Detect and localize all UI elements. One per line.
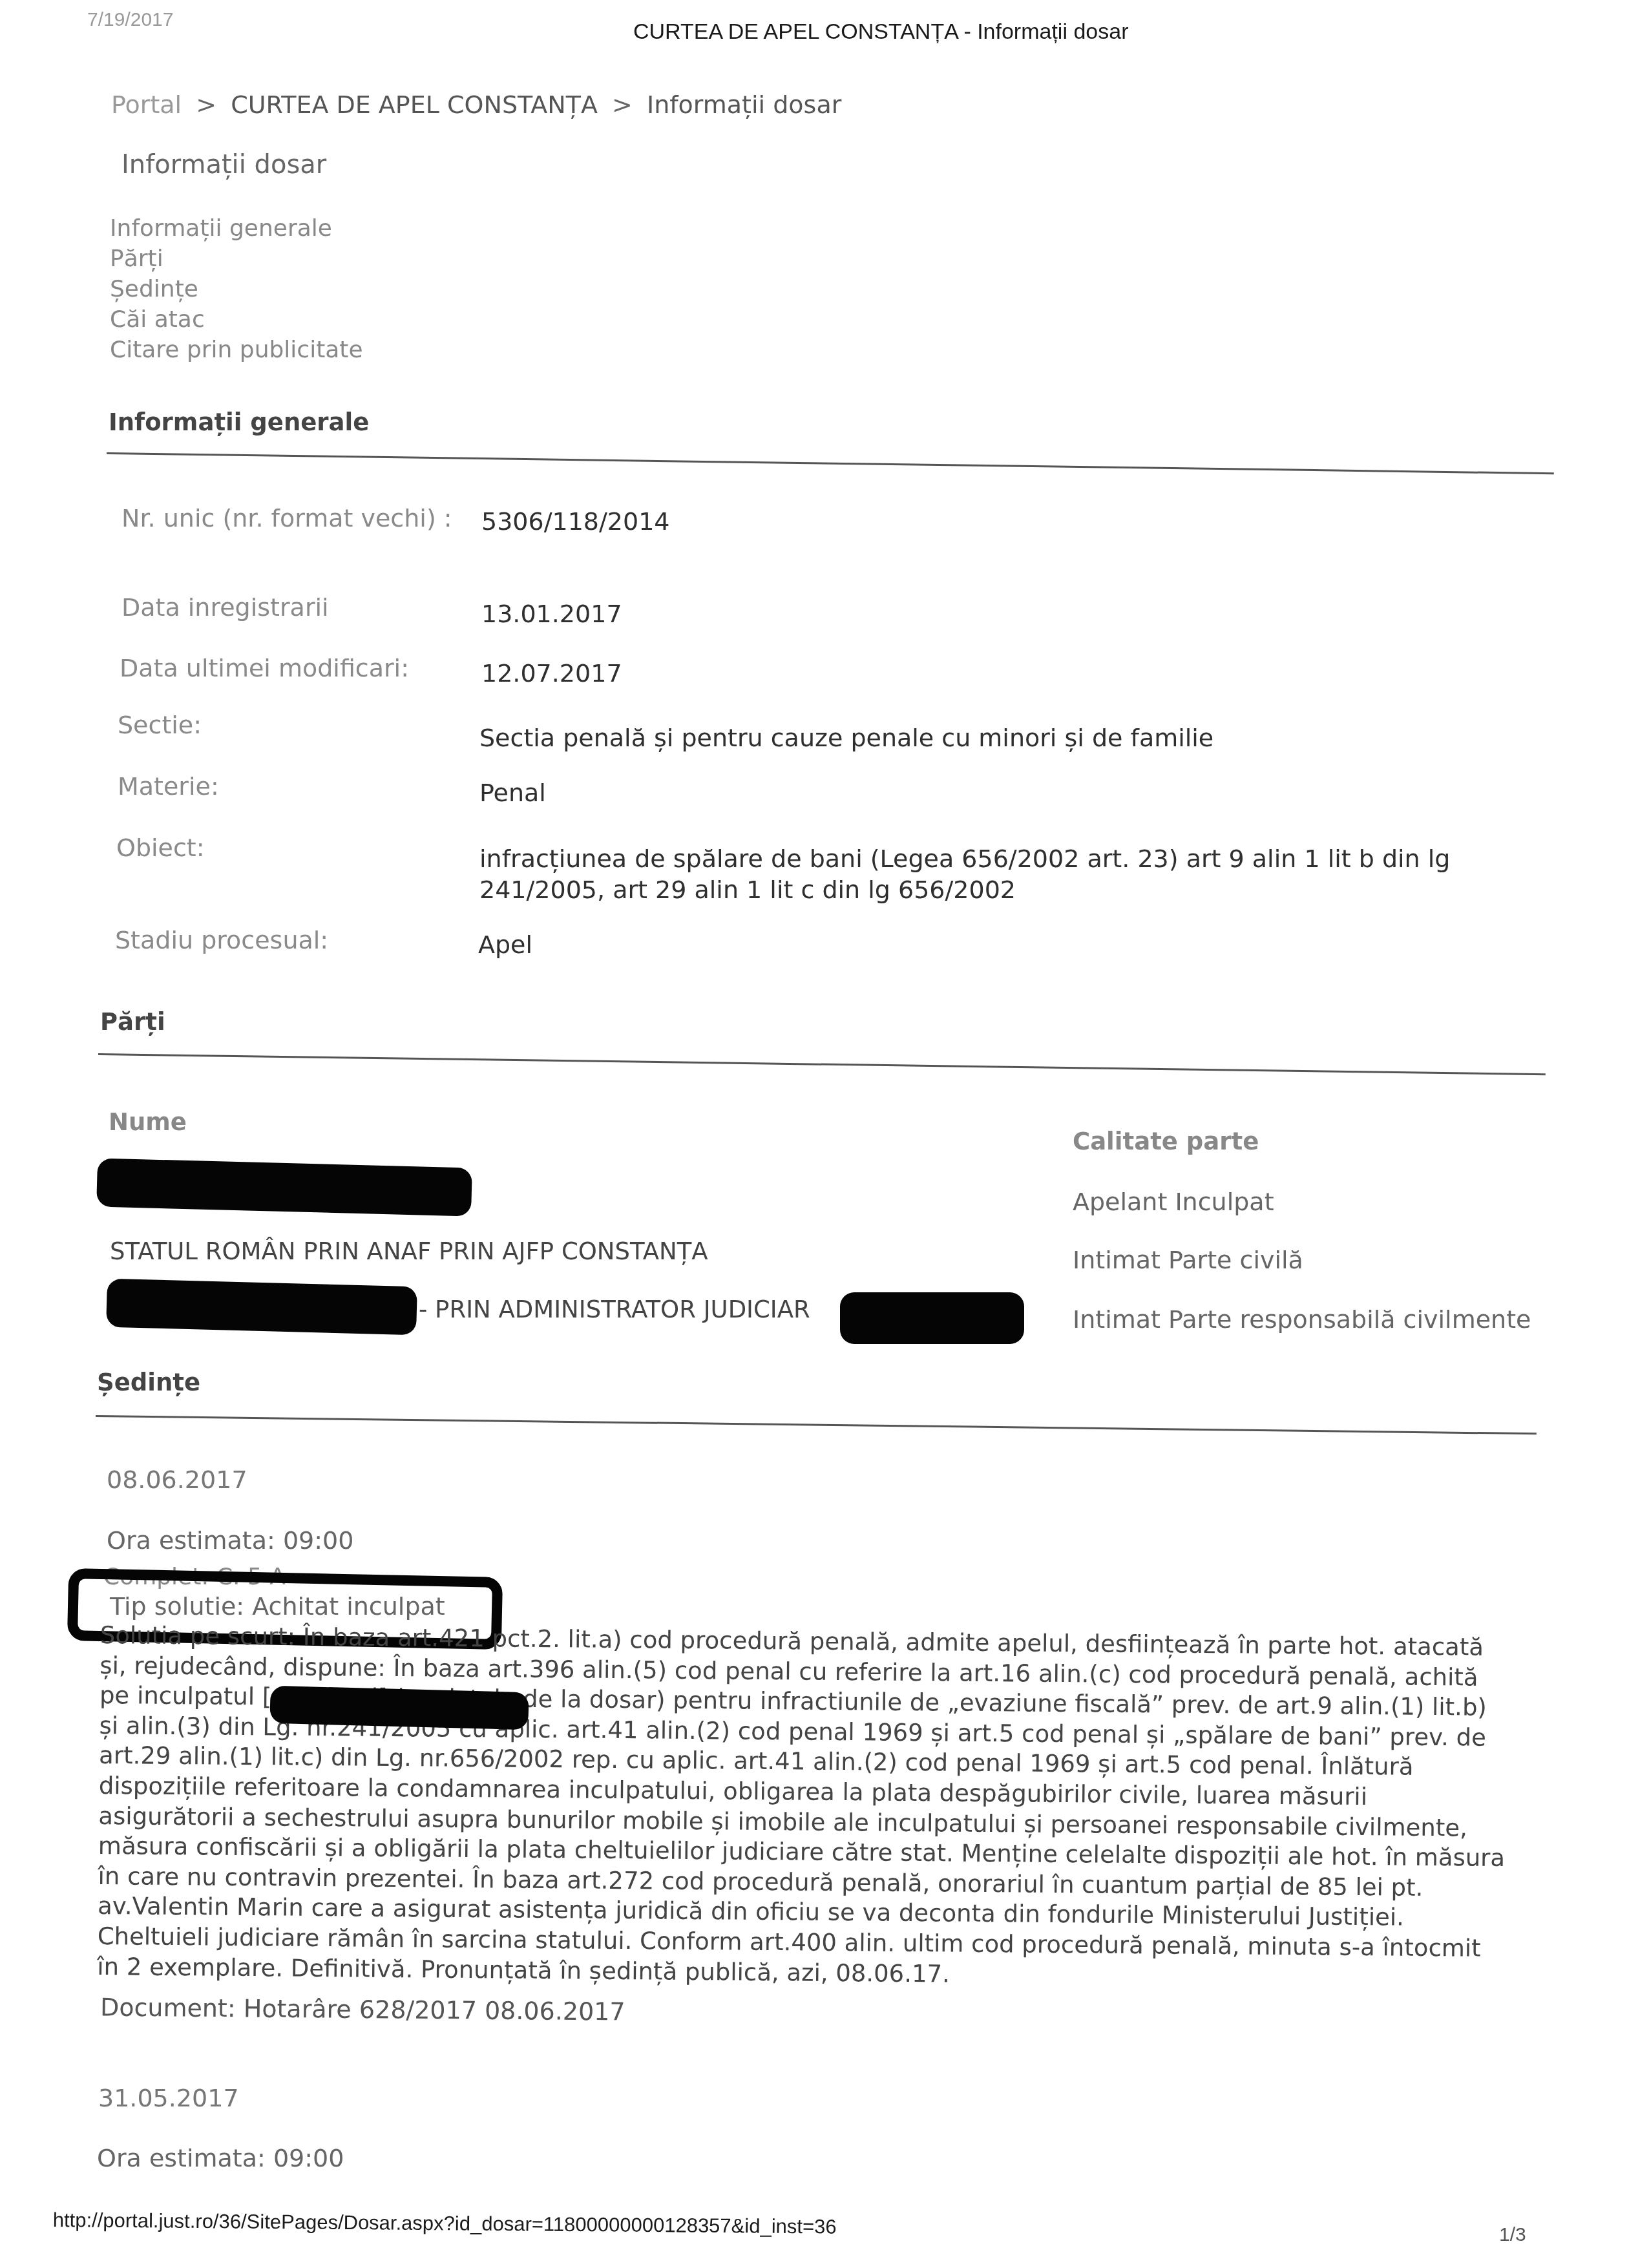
label-obiect: Obiect:: [116, 834, 205, 862]
section-nav: Informații generale Părți Ședințe Căi at…: [110, 213, 363, 365]
section-title-parti: Părți: [100, 1008, 165, 1036]
breadcrumb-portal-link[interactable]: Portal: [111, 90, 182, 119]
nav-link-cai-atac[interactable]: Căi atac: [110, 304, 363, 335]
redaction-mark: [106, 1279, 417, 1336]
redaction-mark: [96, 1158, 472, 1216]
redaction-mark: [269, 1686, 529, 1730]
nav-link-citare[interactable]: Citare prin publicitate: [110, 335, 363, 365]
redaction-mark: [840, 1292, 1024, 1344]
party-role: Intimat Parte responsabilă civilmente: [1073, 1305, 1531, 1334]
nav-link-informatii-generale[interactable]: Informații generale: [110, 213, 363, 244]
section-title-sedinte: Ședințe: [97, 1369, 200, 1396]
label-sectie: Sectie:: [118, 711, 202, 739]
section-title-informatii-generale: Informații generale: [109, 408, 369, 436]
value-obiect: infracțiunea de spălare de bani (Legea 6…: [479, 843, 1500, 905]
label-data-modificari: Data ultimei modificari:: [120, 654, 409, 682]
session-solution-type: Tip solutie: Achitat inculpat: [110, 1592, 445, 1621]
party-role: Apelant Inculpat: [1073, 1188, 1274, 1216]
session-solution-text: Solutia pe scurt: În baza art.421 pct.2.…: [97, 1621, 1509, 1994]
session-time: Ora estimata: 09:00: [107, 1526, 353, 1555]
party-name: - PRIN ADMINISTRATOR JUDICIAR: [419, 1296, 810, 1323]
breadcrumb: Portal > CURTEA DE APEL CONSTANȚA > Info…: [111, 90, 848, 119]
session-time: Ora estimata: 09:00: [97, 2144, 344, 2172]
print-date: 7/19/2017: [87, 9, 173, 31]
section-divider: [96, 1415, 1537, 1434]
value-sectie: Sectia penală și pentru cauze penale cu …: [479, 724, 1213, 752]
breadcrumb-separator: >: [196, 90, 216, 119]
nav-link-parti[interactable]: Părți: [110, 244, 363, 274]
label-stadiu: Stadiu procesual:: [115, 926, 328, 954]
column-header-calitate: Calitate parte: [1073, 1128, 1259, 1155]
column-header-nume: Nume: [109, 1108, 187, 1136]
party-name: STATUL ROMÂN PRIN ANAF PRIN AJFP CONSTAN…: [110, 1237, 708, 1265]
print-title: CURTEA DE APEL CONSTANȚA - Informații do…: [633, 19, 1128, 45]
page-title: Informații dosar: [121, 150, 326, 180]
section-divider: [107, 452, 1554, 474]
breadcrumb-current: Informații dosar: [647, 90, 841, 119]
label-data-inregistrarii: Data inregistrarii: [121, 593, 329, 622]
label-nr-unic: Nr. unic (nr. format vechi) :: [121, 504, 452, 532]
value-nr-unic: 5306/118/2014: [481, 507, 670, 536]
nav-link-sedinte[interactable]: Ședințe: [110, 274, 363, 304]
session-date: 08.06.2017: [107, 1465, 247, 1494]
breadcrumb-separator: >: [612, 90, 633, 119]
value-materie: Penal: [479, 779, 546, 807]
session-document-link[interactable]: Document: Hotarâre 628/2017 08.06.2017: [100, 1993, 625, 2026]
value-data-modificari: 12.07.2017: [481, 659, 622, 688]
print-url: http://portal.just.ro/36/SitePages/Dosar…: [53, 2209, 837, 2239]
value-data-inregistrarii: 13.01.2017: [481, 600, 622, 628]
party-role: Intimat Parte civilă: [1073, 1246, 1303, 1274]
page-number: 1/3: [1499, 2224, 1526, 2246]
label-materie: Materie:: [118, 772, 219, 801]
value-stadiu: Apel: [478, 930, 532, 959]
breadcrumb-court-link[interactable]: CURTEA DE APEL CONSTANȚA: [231, 90, 598, 119]
session-date: 31.05.2017: [98, 2084, 239, 2112]
section-divider: [98, 1053, 1546, 1075]
